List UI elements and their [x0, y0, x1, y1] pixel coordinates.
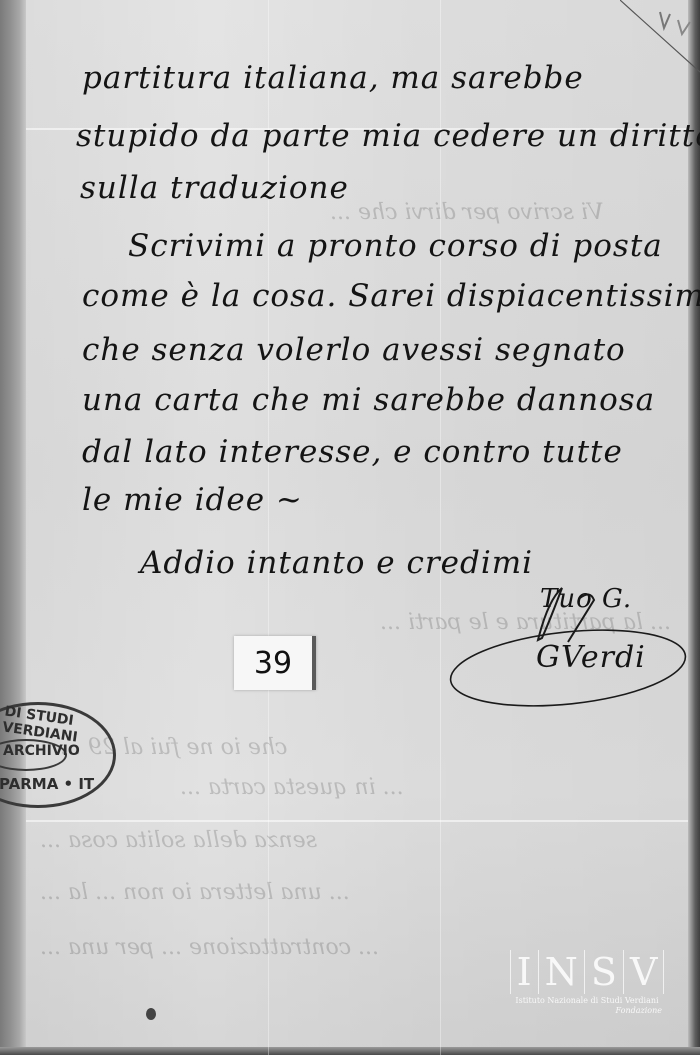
letter-line: che senza volerlo avessi segnato [82, 332, 626, 368]
letter-line: partitura italiana, ma sarebbe [82, 60, 584, 96]
watermark-letter: N [538, 950, 584, 994]
watermark-letter: V [623, 950, 664, 994]
bleed-through-text: ... contrattazione ... per una ... [40, 935, 379, 960]
scanned-letter-page: Vi scrivo per dirvi che ... ... la parti… [0, 0, 700, 1055]
insv-watermark: I N S V Istituto Nazionale di Studi Verd… [512, 950, 662, 1020]
watermark-logo: I N S V [512, 950, 662, 994]
stamp-text: ARCHIVIO [3, 743, 80, 759]
fold-line [440, 0, 441, 1055]
corner-pencil-mark [620, 0, 700, 80]
signature-abbreviation: Tuo G. [540, 584, 632, 614]
page-bottom-edge [0, 1047, 700, 1055]
letter-line: stupido da parte mia cedere un diritto [76, 118, 700, 154]
letter-line: sulla traduzione [80, 170, 349, 206]
watermark-subtitle: Fondazione [512, 1006, 662, 1016]
signature-block: Tuo G. GVerdi [440, 560, 700, 720]
binding-shadow [0, 0, 26, 1055]
letter-line: come è la cosa. Sarei dispiacentissimo [82, 278, 700, 314]
letter-line: Scrivimi a pronto corso di posta [128, 228, 663, 264]
watermark-institution: Istituto Nazionale di Studi Verdiani [512, 996, 662, 1006]
letter-line: dal lato interesse, e contro tutte [82, 434, 623, 470]
bleed-through-text: ... una lettera io non ... la ... [40, 880, 350, 905]
fold-line [26, 820, 688, 822]
ink-blot [146, 1008, 156, 1020]
stamp-text: PARMA • IT [0, 775, 94, 793]
watermark-letter: I [510, 950, 538, 994]
watermark-letter: S [584, 950, 623, 994]
letter-line: le mie idee ~ [82, 482, 303, 518]
letter-line: una carta che mi sarebbe dannosa [82, 382, 655, 418]
archive-stamp: DI STUDI VERDIANI ARCHIVIO PARMA • IT [0, 702, 116, 808]
bleed-through-text: ... in questa carta ... [180, 775, 404, 800]
signature-name: GVerdi [536, 640, 646, 675]
page-right-edge [688, 0, 700, 1055]
bleed-through-text: senza della solita cosa ... [40, 828, 317, 853]
bleed-through-text: Vi scrivo per dirvi che ... [330, 200, 604, 225]
page-number-label: 39 [234, 636, 316, 690]
